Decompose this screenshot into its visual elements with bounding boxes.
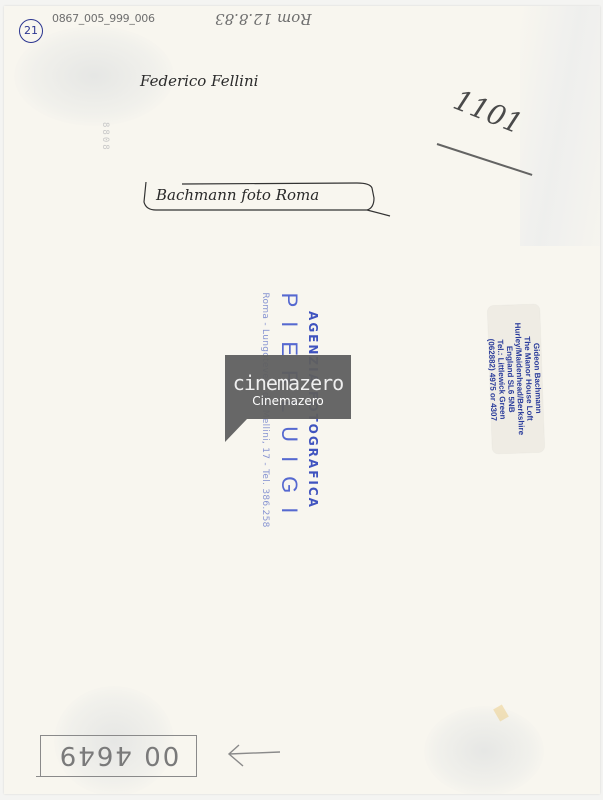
watermark-caption: Cinemazero	[225, 394, 351, 408]
watermark-logo-text: cinemazero	[227, 371, 349, 395]
paper-fold-shadow	[520, 6, 600, 246]
inventory-number-box: 00 4649	[40, 735, 197, 777]
photographer-note: Bachmann foto Roma	[142, 180, 377, 220]
catalog-code: 0867_005_999_006	[52, 12, 155, 25]
address-label-text: Gideon Bachmann The Manor House Loft Hur…	[488, 307, 545, 451]
subject-name: Federico Fellini	[140, 72, 258, 90]
cinemazero-watermark: cinemazero Cinemazero	[225, 355, 351, 443]
faint-stamp: 8808	[100, 122, 110, 152]
circled-number: 21	[19, 19, 43, 43]
date-note: Rom 12.8.83	[215, 10, 312, 28]
address-label: Gideon Bachmann The Manor House Loft Hur…	[487, 304, 544, 454]
paper-stain	[424, 706, 544, 794]
pencil-underline	[36, 776, 196, 777]
left-arrow-icon	[225, 742, 285, 772]
inventory-number: 00 4649	[41, 740, 196, 770]
photographer-text: Bachmann foto Roma	[156, 186, 319, 204]
